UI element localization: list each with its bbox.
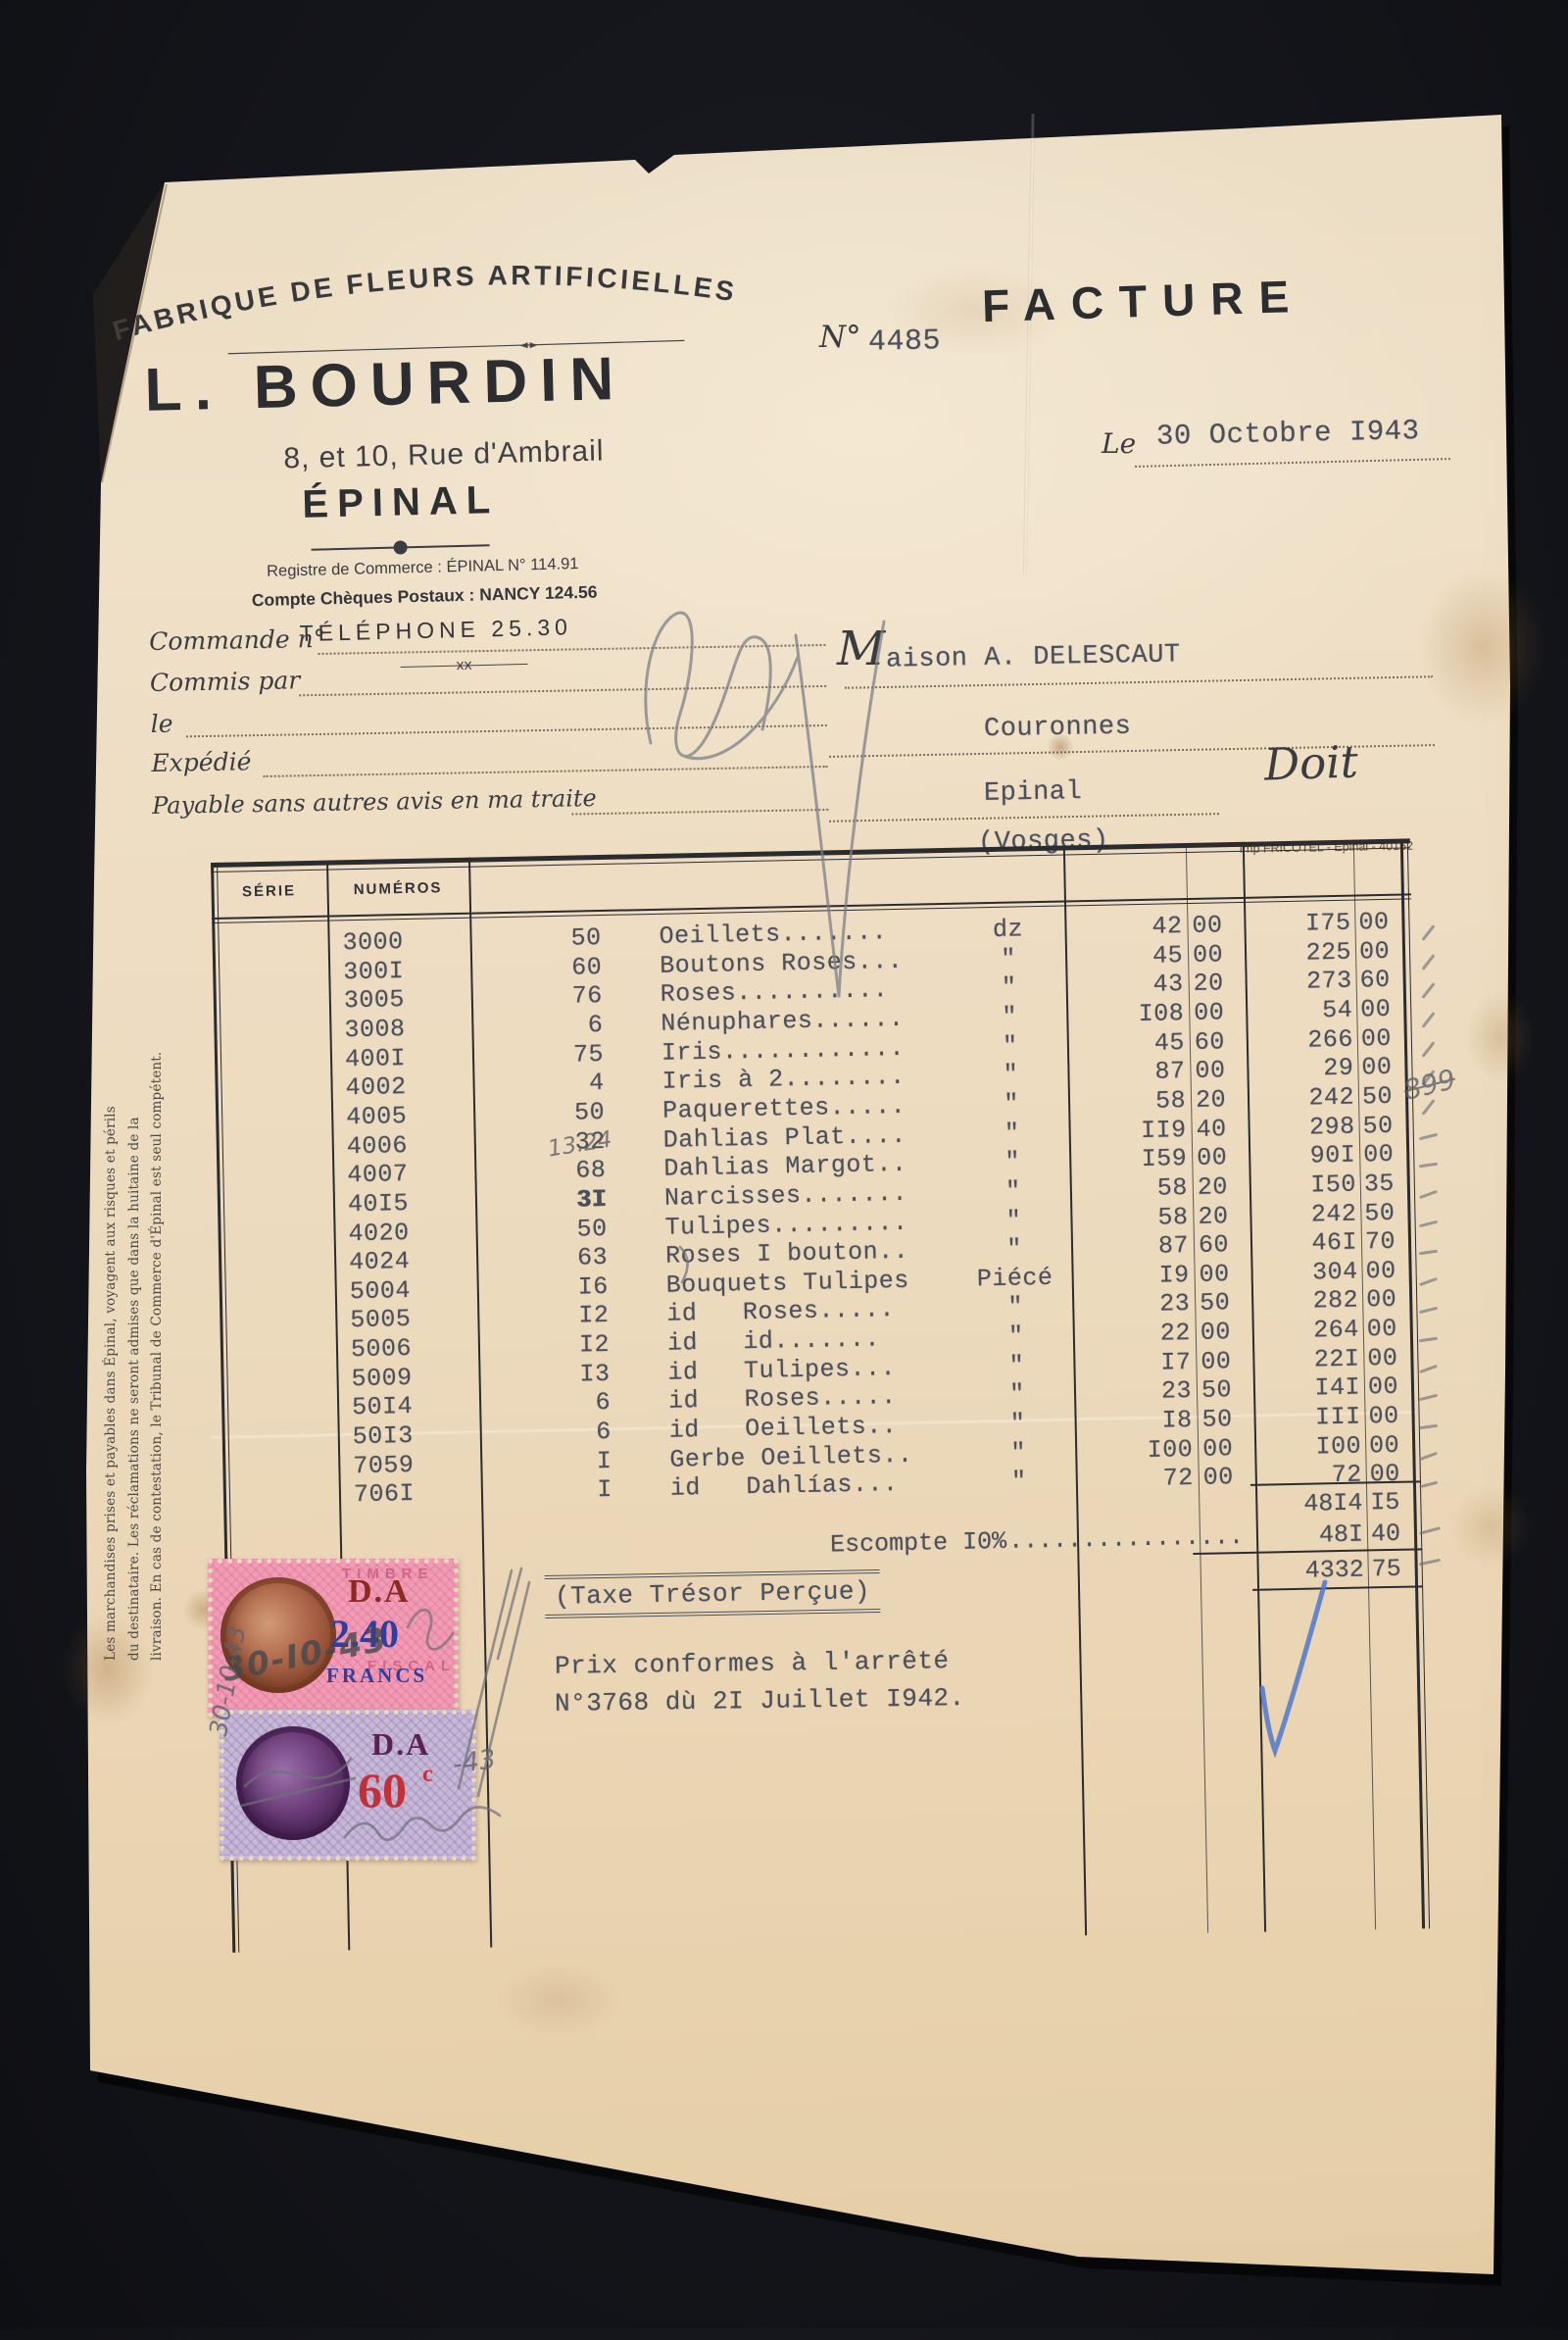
cell-amount-int: 54 [1241,996,1353,1026]
cell-price-cents: 00 [1200,1318,1232,1347]
subtotal-cents: I5 [1370,1488,1400,1518]
cell-amount-int: 46I [1246,1228,1358,1259]
cell-price-int: 72 [1072,1464,1195,1494]
conditions-line: livraison. En cas de contestation, le Tr… [146,1006,170,1661]
doit-label: Doit [1263,735,1358,790]
field-label-payable: Payable sans autres avis en ma traite [152,784,597,820]
cell-amount-int: 298 [1243,1112,1355,1142]
cell-numero: 400I [345,1044,407,1073]
cell-unit: " [968,1118,1055,1148]
invoice-date: 30 Octobre I943 [1156,415,1420,453]
cell-description: Iris............ [661,1033,906,1067]
cell-price-cents: 20 [1193,970,1224,999]
stamp-currency: FRANCS [326,1664,427,1688]
field-rule [571,808,828,816]
cell-amount-int: 266 [1242,1024,1354,1055]
cell-price-int: 58 [1066,1173,1189,1204]
cell-numero: 5006 [351,1334,413,1364]
cell-unit: " [969,1147,1056,1177]
cell-qty: 3I [475,1185,608,1217]
cell-unit: " [973,1321,1060,1352]
cell-qty: I [480,1447,612,1478]
cell-amount-cents: 00 [1359,937,1391,967]
order-fields: Commande n° Commis par le Expédié Payabl… [149,615,858,843]
cell-description: Nénuphares...... [661,1005,905,1038]
cell-numero: 4005 [346,1102,408,1131]
cell-amount-cents: 50 [1362,1082,1394,1112]
field-label-commis: Commis par [150,666,301,697]
cell-amount-int: 29 [1242,1054,1354,1084]
stamp-agency: D.A [371,1726,430,1763]
cell-amount-int: 72 [1250,1461,1363,1491]
cell-amount-cents: 00 [1367,1344,1398,1373]
cell-amount-int: 304 [1246,1257,1358,1287]
cell-price-int: 87 [1063,1057,1186,1087]
cell-price-int: I00 [1071,1435,1194,1466]
cell-qty: 50 [475,1214,608,1245]
document-title: FACTURE [981,270,1305,332]
paper-stain [1419,569,1546,725]
customer-name: aison A. DELESCAUT [886,640,1181,674]
cell-numero: 706I [354,1479,416,1509]
cell-numero: 4024 [349,1247,411,1276]
cell-description: Paquerettes..... [662,1092,906,1125]
cell-description: Dahlias Plat.... [662,1120,906,1154]
cell-price-int: 43 [1061,970,1184,1000]
cell-price-cents: 20 [1198,1202,1229,1231]
stamp-unit: c [422,1762,433,1788]
cell-description: Oeillets....... [659,918,887,951]
cell-qty: 68 [474,1156,607,1187]
subtotal-int: 48I4 [1250,1489,1363,1519]
cell-unit: " [974,1409,1061,1439]
cell-price-cents: 00 [1195,1057,1226,1086]
cell-description: id Roses..... [666,1296,895,1329]
cell-amount-cents: 00 [1363,1140,1395,1170]
cell-amount-cents: 00 [1369,1430,1400,1460]
field-rule [264,765,828,777]
cell-unit: " [968,1089,1055,1120]
cell-qty: I [481,1475,613,1507]
escompte-label: Escompte I0% [830,1527,1007,1560]
cell-numero: 7059 [353,1451,415,1480]
cell-unit: " [976,1467,1063,1497]
cell-unit: " [966,1002,1053,1032]
stamp-value: 60 [358,1762,407,1818]
conditions-margin-note: Les marchandises prises et payables dans… [100,1006,170,1661]
cell-amount-int: 90I [1244,1141,1356,1171]
cell-price-cents: 00 [1192,911,1223,940]
cell-price-cents: 20 [1198,1172,1229,1202]
revenue-stamp-60c: D.A 60 c [220,1710,476,1861]
col-header-serie: SÉRIE [211,882,326,901]
cell-amount-cents: 00 [1361,1053,1393,1082]
cell-unit: dz [964,915,1052,945]
cell-numero: 300I [343,957,405,986]
cell-qty: 6 [479,1418,612,1449]
cell-price-int: I7 [1069,1348,1192,1378]
cell-qty: 6 [479,1388,612,1419]
cell-numero: 4002 [345,1072,407,1102]
cell-amount-int: I50 [1245,1170,1357,1200]
cell-numero: 4006 [347,1131,409,1161]
svg-text:FABRIQUE DE FLEURS ARTIFICIELL: FABRIQUE DE FLEURS ARTIFICIELLES [109,254,741,346]
cell-price-int: 22 [1069,1319,1192,1349]
cell-qty: I2 [477,1301,610,1332]
paper-stain [1448,1485,1532,1568]
cell-numero: 5009 [351,1364,413,1393]
conditions-line: Les marchandises prises et payables dans… [100,1006,123,1661]
cell-price-int: 45 [1061,941,1184,971]
cell-price-int: I59 [1065,1144,1188,1174]
cell-amount-int: 225 [1240,937,1352,968]
cell-qty: 50 [473,1098,606,1129]
company-city: ÉPINAL [302,478,500,527]
cell-price-cents: 50 [1201,1376,1233,1406]
cell-price-cents: 00 [1193,940,1224,970]
paper-stain [495,1961,622,2039]
field-label-commande: Commande n° [149,624,325,656]
cell-amount-int: 264 [1248,1316,1360,1346]
registry-line: Registre de Commerce : ÉPINAL N° 114.91 [267,555,579,581]
cell-unit: " [967,1030,1054,1061]
cell-description: id Dahlías... [670,1469,899,1503]
cell-amount-int: 273 [1240,967,1352,997]
cell-amount-int: 242 [1243,1083,1355,1114]
escompte-int: 48I [1251,1520,1364,1551]
cell-price-int: 23 [1070,1376,1193,1407]
cell-price-int: I9 [1067,1261,1190,1291]
cell-price-cents: 60 [1195,1027,1226,1057]
cell-qty: 50 [469,923,602,955]
cell-description: Roses I bouton.. [665,1237,909,1270]
cell-price-cents: 00 [1203,1464,1235,1493]
cell-price-cents: 00 [1194,998,1225,1027]
cell-price-int: 42 [1060,912,1183,942]
cell-amount-cents: 70 [1365,1227,1396,1257]
cell-amount-int: III [1249,1403,1361,1433]
pencil-year-note: -43 [451,1744,498,1780]
cell-unit: " [967,1060,1054,1090]
cell-price-int: 87 [1067,1231,1190,1262]
total-rule2 [1252,1585,1423,1590]
cell-amount-int: I00 [1249,1431,1362,1462]
cell-qty: I3 [478,1360,611,1391]
cell-numero: 4007 [347,1160,409,1189]
cell-amount-cents: 60 [1359,966,1391,995]
cell-unit: Piécé [971,1264,1058,1294]
cell-qty: 60 [470,953,603,984]
stamp-agency: D.A [348,1573,411,1611]
cell-numero: 3008 [344,1015,406,1044]
cell-description: Gerbe Oeillets.. [669,1440,913,1473]
date-label: Le [1102,427,1136,460]
cell-price-int: II9 [1064,1116,1187,1146]
total-int: 4332 [1251,1556,1364,1586]
cell-amount-cents: 50 [1362,1111,1394,1140]
cell-unit: " [965,943,1053,973]
invoice-number: 4485 [868,324,942,359]
cell-description: Boutons Roses... [660,946,904,979]
field-rule [186,723,827,737]
cell-price-int: I08 [1062,999,1185,1029]
price-decree-line2: N°3768 dù 2I Juillet I942. [555,1683,965,1718]
cell-amount-cents: 00 [1369,1460,1400,1489]
cell-price-cents: 40 [1196,1115,1227,1144]
cell-amount-cents: 00 [1368,1372,1399,1402]
postal-account-line: Compte Chèques Postaux : NANCY 124.56 [252,582,598,612]
cell-description: Bouquets Tulipes [665,1267,909,1300]
cell-numero: 50I3 [352,1421,414,1451]
cell-qty: I6 [476,1272,609,1304]
field-label-expedie: Expédié [151,747,251,777]
cell-amount-cents: 00 [1368,1402,1399,1431]
cell-description: Roses.......... [661,975,889,1009]
cell-price-int: 58 [1064,1086,1187,1117]
field-label-le: le [150,710,172,738]
ornament-dot-icon [307,537,493,558]
cell-unit: " [965,972,1053,1003]
cell-amount-cents: 00 [1365,1257,1396,1286]
cell-amount-cents: 00 [1366,1285,1397,1315]
field-rule [318,643,825,655]
paper-stain [1466,990,1535,1083]
cell-qty: 76 [471,981,604,1013]
cell-qty: 4 [472,1069,605,1100]
cell-unit: " [974,1379,1061,1410]
cell-price-int: 58 [1066,1203,1189,1233]
company-name: L. BOURDIN [144,344,627,425]
cell-numero: 3000 [342,927,404,957]
cell-unit: " [972,1292,1059,1322]
cell-unit: " [970,1176,1057,1207]
marianne-medallion-icon [236,1726,350,1840]
cell-description: Dahlias Margot.. [663,1150,907,1183]
cell-description: id Tulipes... [667,1354,896,1387]
cell-qty: 6 [471,1011,604,1042]
cell-description: id Roses..... [668,1382,897,1416]
cell-qty: 75 [472,1040,605,1071]
cell-price-cents: 20 [1196,1085,1227,1115]
cell-qty: 63 [476,1243,609,1274]
cell-unit: " [970,1205,1057,1235]
col-header-numeros: NUMÉROS [326,879,468,899]
cell-numero: 4020 [348,1219,410,1248]
customer-city: Epinal [984,777,1083,809]
cell-amount-cents: 00 [1360,995,1392,1024]
cell-description: id id....... [667,1324,881,1357]
cell-numero: 5005 [350,1305,412,1334]
cell-qty: I2 [478,1330,611,1362]
customer-product: Couronnes [984,713,1132,745]
cell-amount-cents: 35 [1364,1170,1396,1199]
cell-description: Narcisses....... [664,1179,908,1213]
cell-price-cents: 00 [1197,1143,1228,1172]
tagline-text: FABRIQUE DE FLEURS ARTIFICIELLES [109,254,741,346]
cell-unit: " [975,1437,1062,1468]
cell-description: Iris à 2........ [661,1063,906,1096]
escompte-leader: ................ [1008,1522,1249,1556]
cell-amount-int: 242 [1245,1199,1357,1229]
price-decree-line1: Prix conformes à l'arrêté [555,1646,950,1681]
total-cents: 75 [1371,1555,1401,1584]
cell-price-cents: 00 [1200,1347,1232,1376]
cell-amount-int: 282 [1247,1286,1359,1317]
cell-numero: 3005 [344,985,406,1015]
cell-numero: 50I4 [352,1392,414,1421]
conditions-line: du destinataire. Les réclamations ne ser… [123,1006,147,1661]
cell-description: Tulipes......... [664,1208,908,1241]
cell-price-cents: 50 [1201,1405,1233,1434]
cell-price-int: 23 [1068,1289,1191,1319]
escompte-cents: 40 [1371,1519,1401,1549]
customer-initial: M [837,622,885,676]
cell-amount-cents: 00 [1358,908,1390,937]
invoice-number-label: N° [819,320,861,355]
company-address: 8, et 10, Rue d'Ambrail [283,434,605,475]
cell-amount-cents: 00 [1367,1315,1398,1344]
cell-price-cents: 00 [1199,1260,1230,1289]
cell-price-cents: 00 [1202,1434,1234,1464]
cell-price-int: I8 [1070,1406,1193,1436]
cell-amount-int: I4I [1249,1373,1361,1404]
cell-amount-cents: 00 [1361,1023,1393,1053]
cell-amount-cents: 50 [1364,1198,1396,1227]
cell-price-cents: 50 [1200,1289,1231,1319]
cell-unit: " [971,1234,1058,1265]
field-rule [299,684,826,696]
cell-price-cents: 60 [1199,1230,1230,1260]
cell-unit: " [973,1350,1060,1380]
cell-amount-int: I75 [1239,909,1351,939]
cell-amount-int: 22I [1248,1344,1360,1374]
cell-price-int: 45 [1063,1028,1186,1059]
cell-numero: 5004 [350,1276,412,1306]
tax-note-box: (Taxe Trésor Perçue) [545,1569,881,1618]
cell-numero: 40I5 [348,1189,410,1219]
cell-description: id Oeillets.. [668,1412,897,1445]
